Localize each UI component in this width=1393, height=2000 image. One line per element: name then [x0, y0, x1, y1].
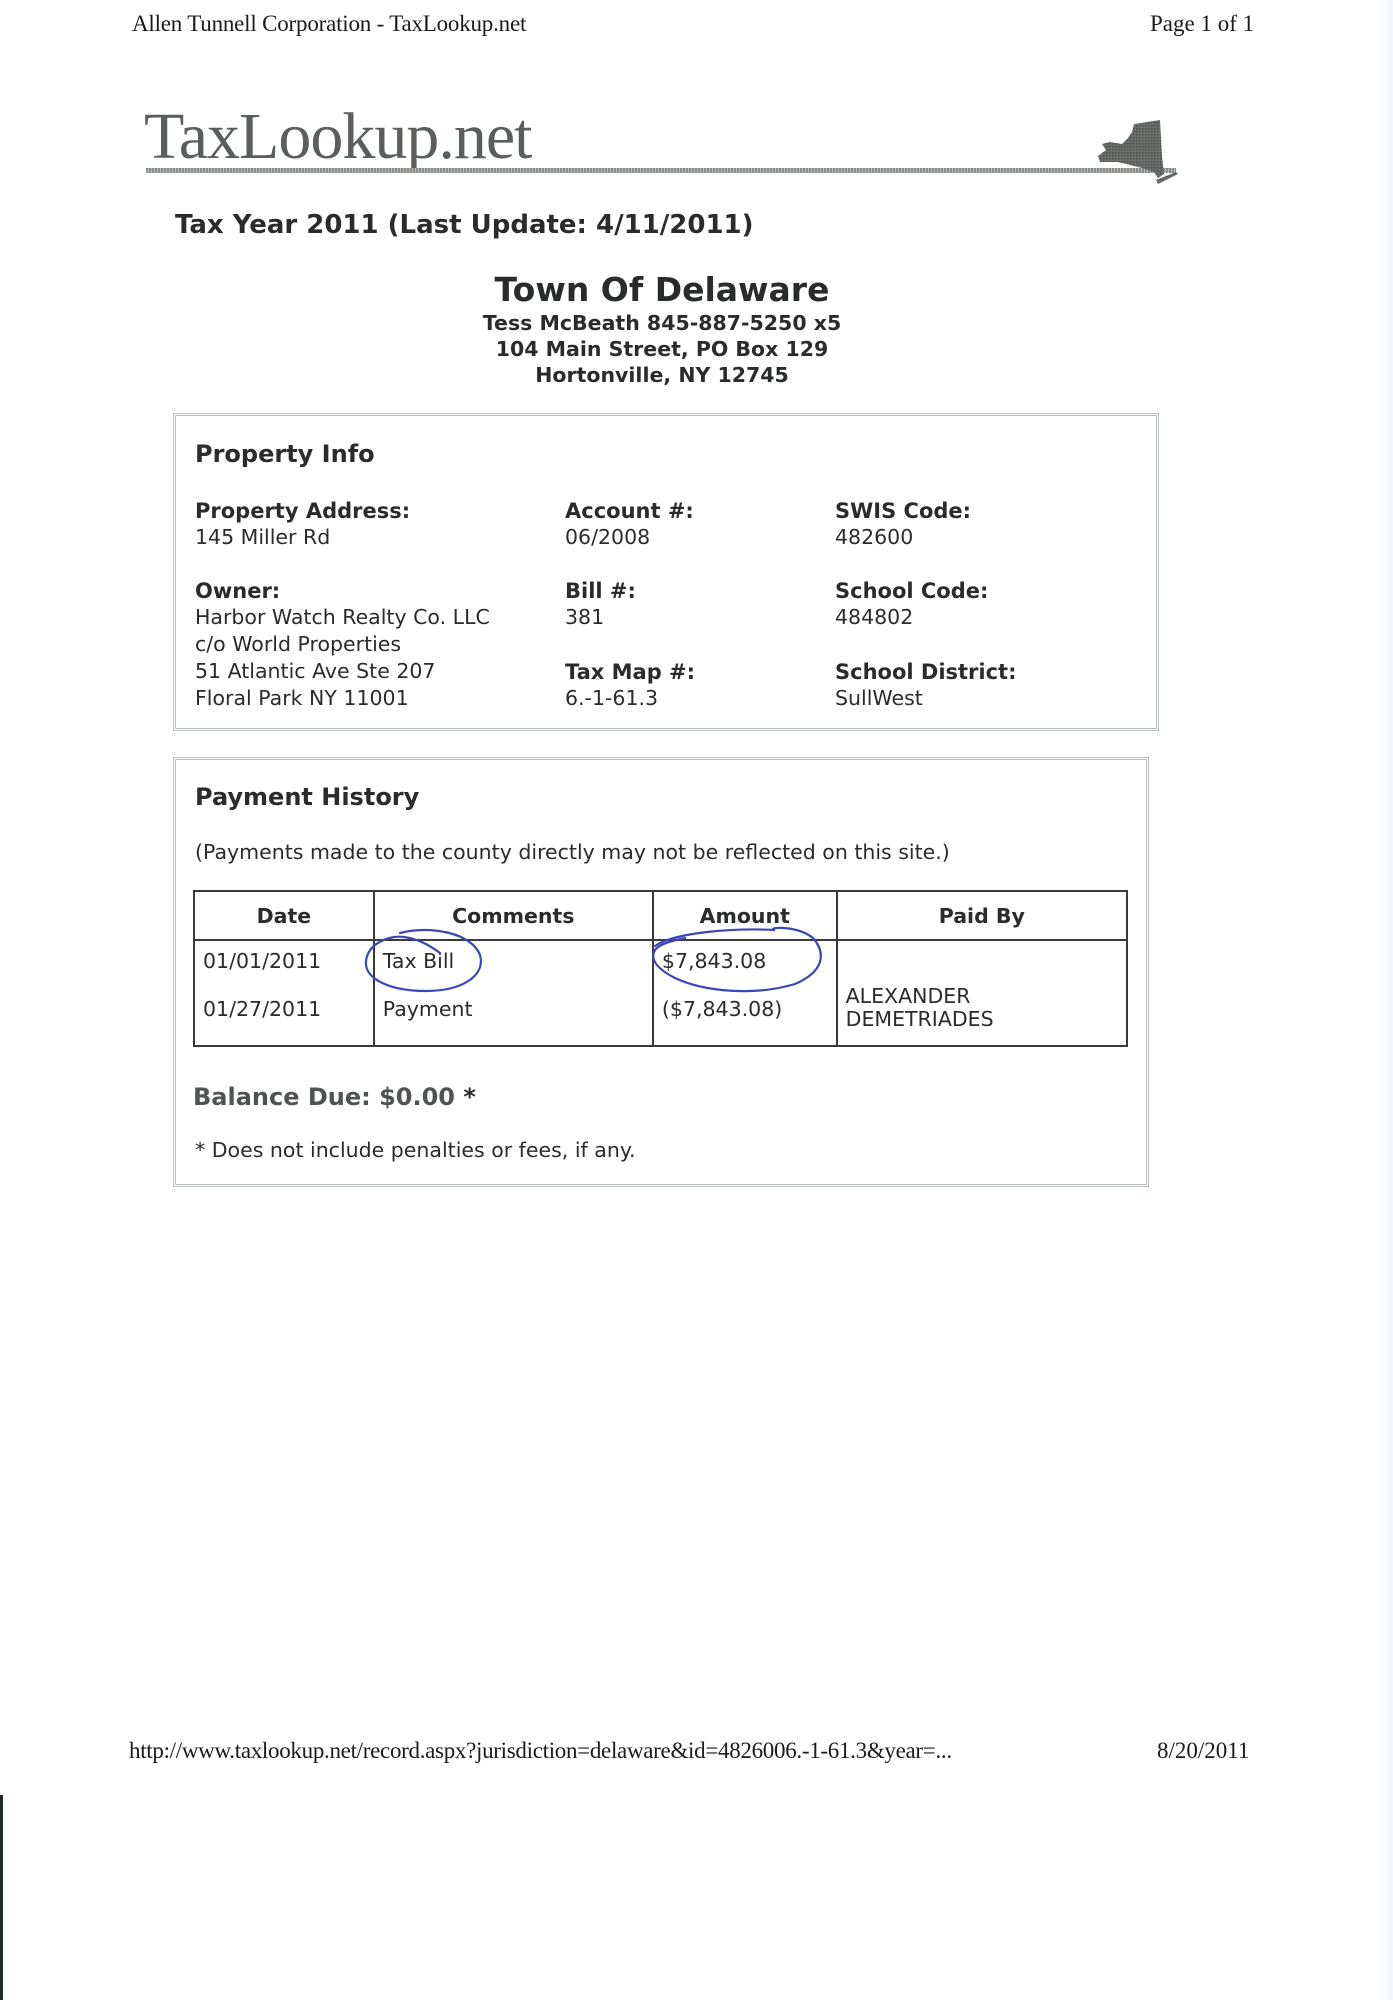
payment-history-note: (Payments made to the county directly ma…	[195, 840, 950, 864]
bill-value: 381	[565, 604, 636, 631]
column-header-amount: Amount	[653, 891, 837, 940]
table-row: 01/27/2011 Payment ($7,843.08) ALEXANDER…	[194, 985, 1127, 1046]
column-header-paid-by: Paid By	[837, 891, 1127, 940]
owner-line: Harbor Watch Realty Co. LLC	[195, 604, 490, 631]
school-district-field: School District: SullWest	[835, 659, 1017, 712]
property-address-value: 145 Miller Rd	[195, 524, 410, 551]
owner-line: Floral Park NY 11001	[195, 685, 490, 712]
payment-history-heading: Payment History	[195, 783, 419, 811]
logo-underline	[146, 168, 1176, 173]
municipality-contact: Tess McBeath 845-887-5250 x5	[362, 310, 962, 336]
tax-map-value: 6.-1-61.3	[565, 685, 695, 712]
paid-by-line: ALEXANDER	[846, 985, 1118, 1008]
tax-map-field: Tax Map #: 6.-1-61.3	[565, 659, 695, 712]
balance-due-value: Balance Due: $0.00	[193, 1083, 455, 1111]
page-number: Page 1 of 1	[1150, 11, 1254, 37]
cell-comment: Tax Bill	[374, 940, 653, 985]
municipality-city: Hortonville, NY 12745	[362, 362, 962, 388]
property-address-field: Property Address: 145 Miller Rd	[195, 498, 410, 551]
payment-history-panel: Payment History (Payments made to the co…	[173, 757, 1149, 1187]
balance-footnote-marker: *	[463, 1083, 476, 1111]
column-header-date: Date	[194, 891, 374, 940]
new-york-state-map-icon	[1088, 116, 1184, 188]
owner-field: Owner: Harbor Watch Realty Co. LLC c/o W…	[195, 578, 490, 712]
owner-line: c/o World Properties	[195, 631, 490, 658]
table-row: 01/01/2011 Tax Bill $7,843.08	[194, 940, 1127, 985]
account-label: Account #:	[565, 498, 694, 524]
tax-year-heading: Tax Year 2011 (Last Update: 4/11/2011)	[175, 210, 754, 240]
bill-field: Bill #: 381	[565, 578, 636, 631]
table-header-row: Date Comments Amount Paid By	[194, 891, 1127, 940]
property-address-label: Property Address:	[195, 498, 410, 524]
print-footer-url[interactable]: http://www.taxlookup.net/record.aspx?jur…	[129, 1738, 952, 1764]
scan-edge-artifact	[0, 1795, 3, 2000]
cell-paid-by: ALEXANDER DEMETRIADES	[837, 985, 1127, 1046]
cell-date: 01/01/2011	[194, 940, 374, 985]
bill-label: Bill #:	[565, 578, 636, 604]
swis-code-value: 482600	[835, 524, 971, 551]
swis-code-label: SWIS Code:	[835, 498, 971, 524]
site-logo: TaxLookup.net	[144, 104, 531, 170]
column-header-comments: Comments	[374, 891, 653, 940]
owner-line: 51 Atlantic Ave Ste 207	[195, 658, 490, 685]
school-district-value: SullWest	[835, 685, 1017, 712]
municipality-block: Town Of Delaware Tess McBeath 845-887-52…	[362, 270, 962, 388]
tax-map-label: Tax Map #:	[565, 659, 695, 685]
school-code-label: School Code:	[835, 578, 988, 604]
account-field: Account #: 06/2008	[565, 498, 694, 551]
municipality-name: Town Of Delaware	[362, 270, 962, 310]
paid-by-line: DEMETRIADES	[846, 1008, 1118, 1031]
property-info-heading: Property Info	[195, 440, 375, 468]
property-info-panel: Property Info Property Address: 145 Mill…	[173, 413, 1159, 731]
payment-history-table: Date Comments Amount Paid By 01/01/2011 …	[193, 890, 1128, 1047]
cell-comment: Payment	[374, 985, 653, 1046]
print-header-title: Allen Tunnell Corporation - TaxLookup.ne…	[132, 11, 526, 37]
balance-due: Balance Due: $0.00 *	[193, 1083, 476, 1111]
owner-label: Owner:	[195, 578, 490, 604]
print-footer-date: 8/20/2011	[1157, 1738, 1249, 1764]
school-code-field: School Code: 484802	[835, 578, 988, 631]
swis-code-field: SWIS Code: 482600	[835, 498, 971, 551]
cell-amount: $7,843.08	[653, 940, 837, 985]
account-value: 06/2008	[565, 524, 694, 551]
municipality-address: 104 Main Street, PO Box 129	[362, 336, 962, 362]
cell-paid-by	[837, 940, 1127, 985]
cell-amount: ($7,843.08)	[653, 985, 837, 1046]
cell-date: 01/27/2011	[194, 985, 374, 1046]
school-code-value: 484802	[835, 604, 988, 631]
balance-footnote: * Does not include penalties or fees, if…	[195, 1138, 636, 1162]
school-district-label: School District:	[835, 659, 1017, 685]
scan-edge-tint	[1379, 0, 1393, 2000]
